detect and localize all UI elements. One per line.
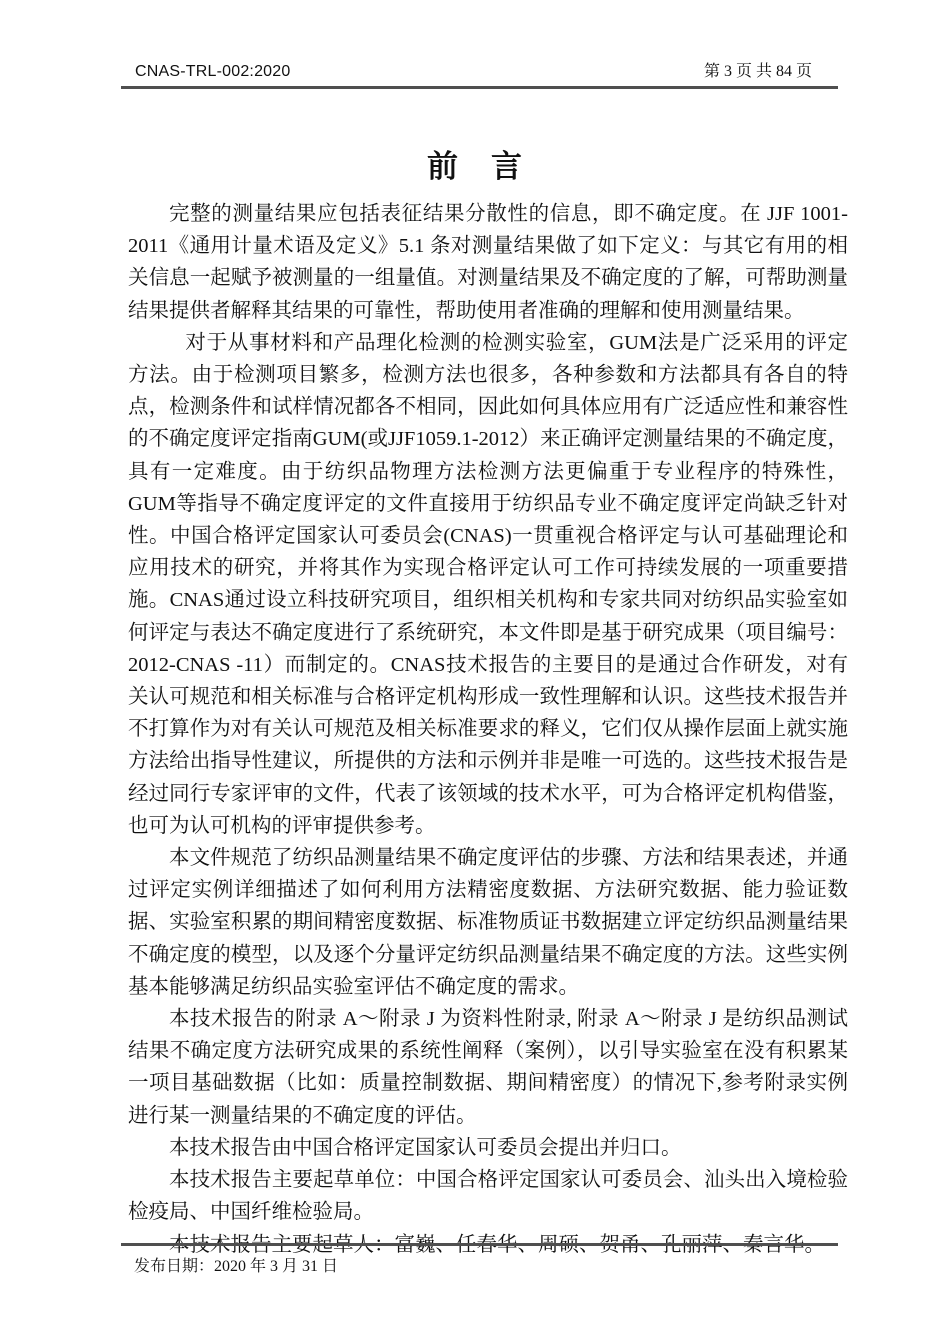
- page-title: 前 言: [0, 141, 950, 186]
- document-body: 完整的测量结果应包括表征结果分散性的信息，即不确定度。在 JJF 1001-20…: [128, 198, 848, 1261]
- paragraph: 本技术报告由中国合格评定国家认可委员会提出并归口。: [128, 1132, 848, 1164]
- footer-rule: [121, 1243, 838, 1246]
- footer-publish-date: 发布日期：2020 年 3 月 31 日: [134, 1253, 338, 1276]
- document-page: CNAS-TRL-002:2020 第 3 页 共 84 页 前 言 完整的测量…: [0, 0, 950, 1344]
- paragraph: 本文件规范了纺织品测量结果不确定度评估的步骤、方法和结果表述，并通过评定实例详细…: [128, 842, 848, 1003]
- header-doc-number: CNAS-TRL-002:2020: [121, 63, 290, 81]
- page-header: CNAS-TRL-002:2020 第 3 页 共 84 页: [121, 58, 838, 89]
- paragraph: 对于从事材料和产品理化检测的检测实验室，GUM法是广泛采用的评定方法。由于检测项…: [128, 327, 848, 842]
- paragraph: 本技术报告主要起草单位：中国合格评定国家认可委员会、汕头出入境检验检疫局、中国纤…: [128, 1164, 848, 1228]
- paragraph: 本技术报告的附录 A～附录 J 为资料性附录, 附录 A～附录 J 是纺织品测试…: [128, 1003, 848, 1132]
- paragraph: 完整的测量结果应包括表征结果分散性的信息，即不确定度。在 JJF 1001-20…: [128, 198, 848, 327]
- header-page-info: 第 3 页 共 84 页: [704, 58, 838, 81]
